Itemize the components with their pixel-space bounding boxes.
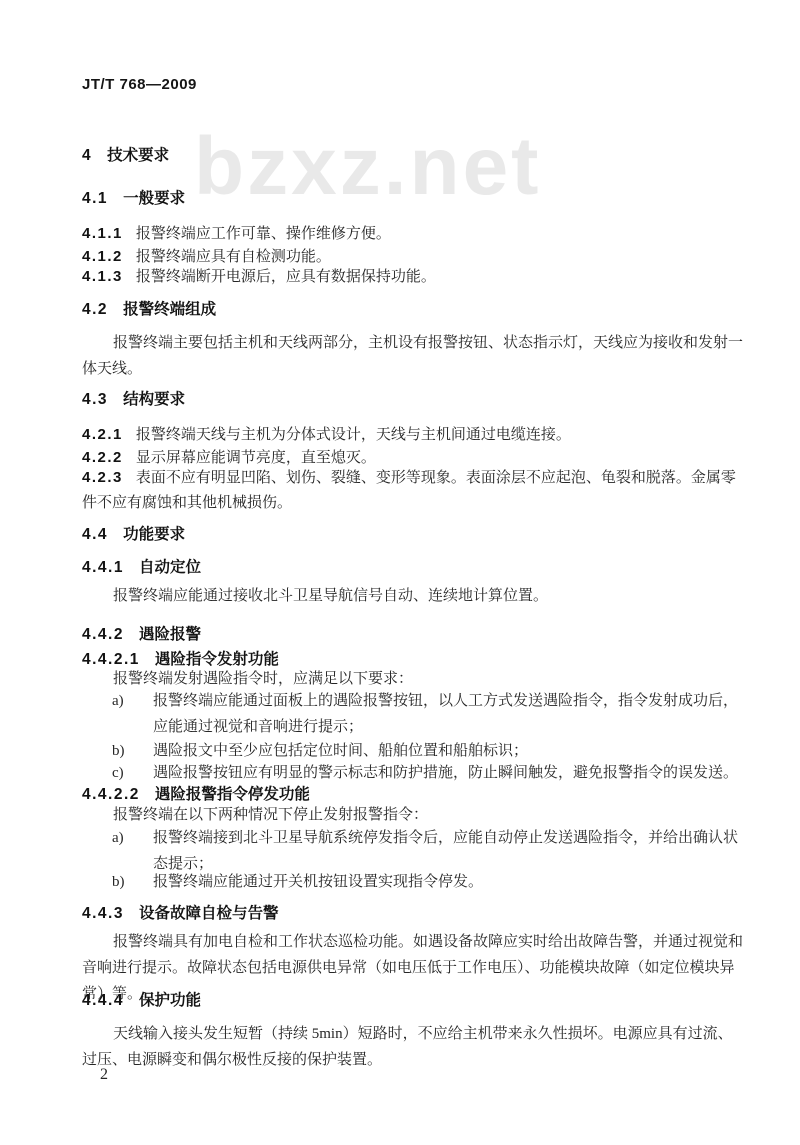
paragraph-4-4-4: 天线输入接头发生短暂（持续 5min）短路时，不应给主机带来永久性损坏。电源应具…	[82, 1021, 745, 1073]
list-item-b: b)报警终端应能通过开关机按钮设置实现指令停发。	[82, 869, 745, 895]
heading-4-1: 4.1一般要求	[82, 186, 745, 208]
clause-title: 报警终端组成	[123, 301, 216, 318]
clause-number: 4.1.1	[82, 225, 123, 242]
clause-title: 保护功能	[139, 992, 201, 1009]
heading-4-4-2: 4.4.2遇险报警	[82, 622, 745, 644]
clause-number: 4.2.2	[82, 449, 123, 466]
clause-number: 4	[82, 147, 92, 164]
clause-text: 表面不应有明显凹陷、划伤、裂缝、变形等现象。表面涂层不应起泡、龟裂和脱落。金属零…	[82, 470, 736, 511]
clause-text: 报警终端应具有自检测功能。	[136, 249, 331, 265]
clause-4-1-3: 4.1.3报警终端断开电源后，应具有数据保持功能。	[82, 264, 745, 290]
heading-4-4: 4.4功能要求	[82, 522, 745, 544]
list-marker: b)	[112, 869, 125, 895]
clause-number: 4.2	[82, 301, 108, 318]
heading-4-4-4: 4.4.4保护功能	[82, 988, 745, 1010]
heading-4: 4技术要求	[82, 143, 745, 165]
clause-number: 4.1.2	[82, 248, 123, 265]
clause-text: 报警终端应工作可靠、操作维修方便。	[136, 226, 391, 242]
heading-4-4-1: 4.4.1自动定位	[82, 555, 745, 577]
clause-4-2-3: 4.2.3表面不应有明显凹陷、划伤、裂缝、变形等现象。表面涂层不应起泡、龟裂和脱…	[82, 465, 745, 516]
list-text: 遇险报文中至少应包括定位时间、船舶位置和船舶标识；	[153, 743, 528, 759]
clause-number: 4.3	[82, 391, 108, 408]
paragraph-4-2: 报警终端主要包括主机和天线两部分，主机设有报警按钮、状态指示灯，天线应为接收和发…	[82, 330, 745, 382]
doc-number: JT/T 768—2009	[82, 76, 197, 93]
list-marker: a)	[112, 688, 124, 714]
clause-number: 4.4	[82, 526, 108, 543]
clause-title: 遇险报警	[139, 626, 201, 643]
paragraph-4-4-1: 报警终端应能通过接收北斗卫星导航信号自动、连续地计算位置。	[82, 583, 745, 609]
clause-text: 报警终端断开电源后，应具有数据保持功能。	[136, 269, 436, 285]
clause-number: 4.4.2.2	[82, 786, 140, 803]
clause-number: 4.2.3	[82, 469, 123, 486]
heading-4-4-3: 4.4.3设备故障自检与告警	[82, 901, 745, 923]
clause-number: 4.1.3	[82, 268, 123, 285]
clause-title: 遇险报警指令停发功能	[155, 786, 310, 803]
clause-title: 一般要求	[123, 190, 185, 207]
clause-title: 技术要求	[107, 147, 169, 164]
clause-number: 4.4.4	[82, 992, 124, 1009]
page-number: 2	[100, 1066, 108, 1084]
clause-text: 报警终端天线与主机为分体式设计，天线与主机间通过电缆连接。	[136, 427, 571, 443]
clause-title: 设备故障自检与告警	[139, 905, 279, 922]
heading-4-2: 4.2报警终端组成	[82, 297, 745, 319]
list-text: 报警终端应能通过面板上的遇险报警按钮，以人工方式发送遇险指令，指令发射成功后，应…	[153, 693, 738, 735]
heading-4-3: 4.3结构要求	[82, 387, 745, 409]
document-page: bzxz.net JT/T 768—2009 4技术要求 4.1一般要求 4.1…	[0, 0, 800, 1145]
list-item-a: a)报警终端应能通过面板上的遇险报警按钮，以人工方式发送遇险指令，指令发射成功后…	[82, 688, 745, 740]
clause-number: 4.4.2	[82, 626, 124, 643]
clause-title: 自动定位	[139, 559, 201, 576]
clause-number: 4.4.1	[82, 559, 124, 576]
list-text: 报警终端接到北斗卫星导航系统停发指令后，应能自动停止发送遇险指令，并给出确认状态…	[153, 830, 738, 872]
clause-number: 4.4.3	[82, 905, 124, 922]
clause-number: 4.2.1	[82, 426, 123, 443]
list-text: 遇险报警按钮应有明显的警示标志和防护措施，防止瞬间触发，避免报警指令的误发送。	[153, 765, 738, 781]
clause-title: 功能要求	[123, 526, 185, 543]
clause-text: 显示屏幕应能调节亮度，直至熄灭。	[136, 450, 376, 466]
heading-4-4-2-2: 4.4.2.2遇险报警指令停发功能	[82, 782, 745, 804]
clause-title: 结构要求	[123, 391, 185, 408]
list-text: 报警终端应能通过开关机按钮设置实现指令停发。	[153, 874, 483, 890]
clause-number: 4.1	[82, 190, 108, 207]
list-marker: a)	[112, 825, 124, 851]
